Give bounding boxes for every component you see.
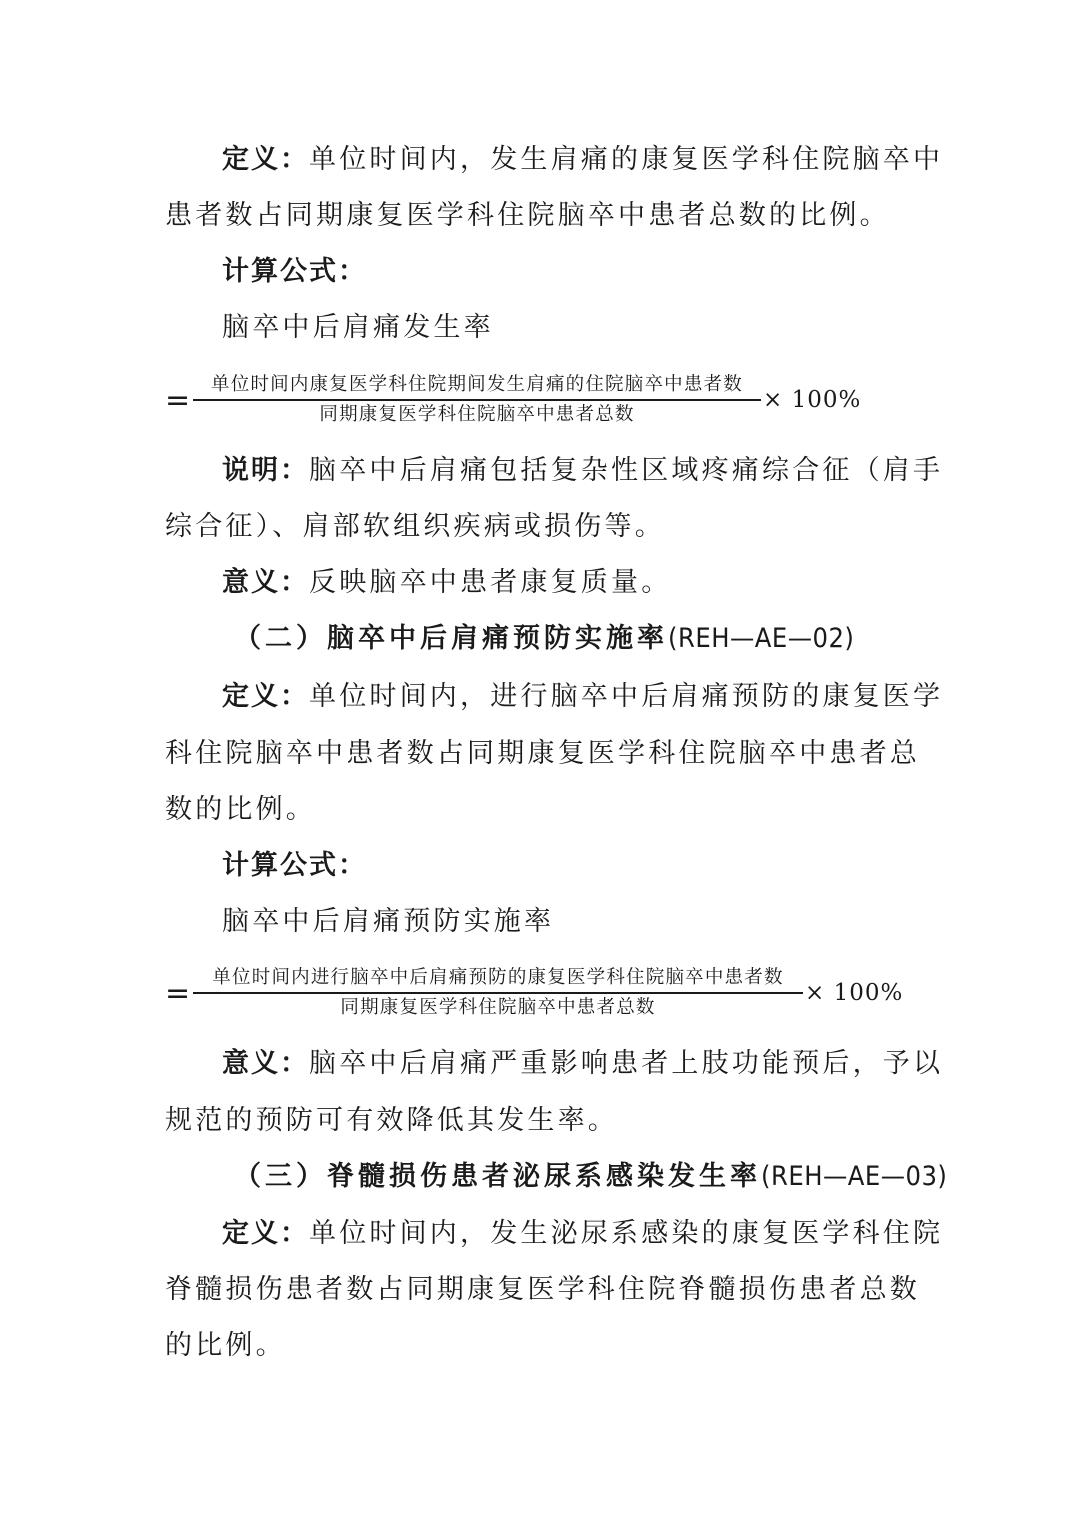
meaning-text: 反映脑卒中患者康复质量。	[309, 567, 671, 598]
note-paragraph-line: 综合征）、肩部软组织疾病或损伤等。	[165, 510, 665, 544]
meaning-label: 意义：	[222, 567, 309, 598]
definition-paragraph-line: 定义：单位时间内，进行脑卒中后肩痛预防的康复医学	[222, 680, 943, 714]
definition-text: 患者数占同期康复医学科住院脑卒中患者总数的比例。	[165, 200, 890, 231]
definition-text: 数的比例。	[165, 794, 316, 825]
definition-paragraph-line: 脊髓损伤患者数占同期康复医学科住院脊髓损伤患者总数	[165, 1273, 920, 1307]
formula-denominator: 同期康复医学科住院脑卒中患者总数	[193, 994, 803, 1019]
note-text: 脑卒中后肩痛包括复杂性区域疼痛综合征（肩手	[309, 455, 943, 486]
fraction: 单位时间内进行脑卒中后肩痛预防的康复医学科住院脑卒中患者数 同期康复医学科住院脑…	[193, 967, 803, 1019]
formula-name: 脑卒中后肩痛预防实施率	[222, 905, 554, 939]
section-heading-3: （三）脊髓损伤患者泌尿系感染发生率(REH—AE—03)	[234, 1160, 947, 1194]
formula-denominator: 同期康复医学科住院脑卒中患者总数	[193, 401, 761, 426]
definition-paragraph-line: 定义：单位时间内，发生肩痛的康复医学科住院脑卒中	[222, 143, 943, 177]
definition-paragraph-line: 的比例。	[165, 1329, 286, 1363]
formula-multiplier: × 100%	[763, 387, 861, 413]
meaning-text: 脑卒中后肩痛严重影响患者上肢功能预后，予以	[309, 1048, 943, 1079]
section-heading-title: （二）脑卒中后肩痛预防实施率	[234, 623, 668, 654]
equals-sign: =	[165, 979, 190, 1009]
formula-label: 计算公式：	[222, 849, 367, 883]
definition-label: 定义：	[222, 1218, 309, 1249]
definition-text: 单位时间内，进行脑卒中后肩痛预防的康复医学	[309, 681, 943, 712]
definition-text: 的比例。	[165, 1330, 286, 1361]
meaning-paragraph-line: 意义：脑卒中后肩痛严重影响患者上肢功能预后，予以	[222, 1047, 943, 1081]
fraction: 单位时间内康复医学科住院期间发生肩痛的住院脑卒中患者数 同期康复医学科住院脑卒中…	[193, 374, 761, 426]
note-paragraph-line: 说明：脑卒中后肩痛包括复杂性区域疼痛综合征（肩手	[222, 454, 943, 488]
note-label: 说明：	[222, 455, 309, 486]
definition-text: 单位时间内，发生肩痛的康复医学科住院脑卒中	[309, 144, 943, 175]
formula-numerator: 单位时间内进行脑卒中后肩痛预防的康复医学科住院脑卒中患者数	[193, 967, 803, 992]
definition-paragraph-line: 数的比例。	[165, 793, 316, 827]
meaning-text: 规范的预防可有效降低其发生率。	[165, 1105, 618, 1136]
section-heading-code: (REH—AE—02)	[668, 623, 854, 654]
formula-label: 计算公式：	[222, 255, 367, 289]
formula-name: 脑卒中后肩痛发生率	[222, 311, 494, 345]
equals-sign: =	[165, 386, 190, 416]
note-text: 综合征）、肩部软组织疾病或损伤等。	[165, 511, 665, 542]
definition-text: 科住院脑卒中患者数占同期康复医学科住院脑卒中患者总	[165, 738, 920, 769]
section-heading-code: (REH—AE—03)	[761, 1161, 947, 1192]
section-heading-2: （二）脑卒中后肩痛预防实施率(REH—AE—02)	[234, 622, 854, 656]
definition-text: 单位时间内，发生泌尿系感染的康复医学科住院	[309, 1218, 943, 1249]
formula-numerator: 单位时间内康复医学科住院期间发生肩痛的住院脑卒中患者数	[193, 374, 761, 399]
meaning-paragraph-line: 意义：反映脑卒中患者康复质量。	[222, 566, 671, 600]
definition-text: 脊髓损伤患者数占同期康复医学科住院脊髓损伤患者总数	[165, 1274, 920, 1305]
definition-label: 定义：	[222, 681, 309, 712]
formula-multiplier: × 100%	[805, 980, 903, 1006]
definition-paragraph-line: 患者数占同期康复医学科住院脑卒中患者总数的比例。	[165, 199, 890, 233]
definition-paragraph-line: 科住院脑卒中患者数占同期康复医学科住院脑卒中患者总	[165, 737, 920, 771]
meaning-label: 意义：	[222, 1048, 309, 1079]
definition-label: 定义：	[222, 144, 309, 175]
document-page: 定义：单位时间内，发生肩痛的康复医学科住院脑卒中 患者数占同期康复医学科住院脑卒…	[0, 0, 1080, 1527]
section-heading-title: （三）脊髓损伤患者泌尿系感染发生率	[234, 1161, 761, 1192]
definition-paragraph-line: 定义：单位时间内，发生泌尿系感染的康复医学科住院	[222, 1217, 943, 1251]
meaning-paragraph-line: 规范的预防可有效降低其发生率。	[165, 1104, 618, 1138]
